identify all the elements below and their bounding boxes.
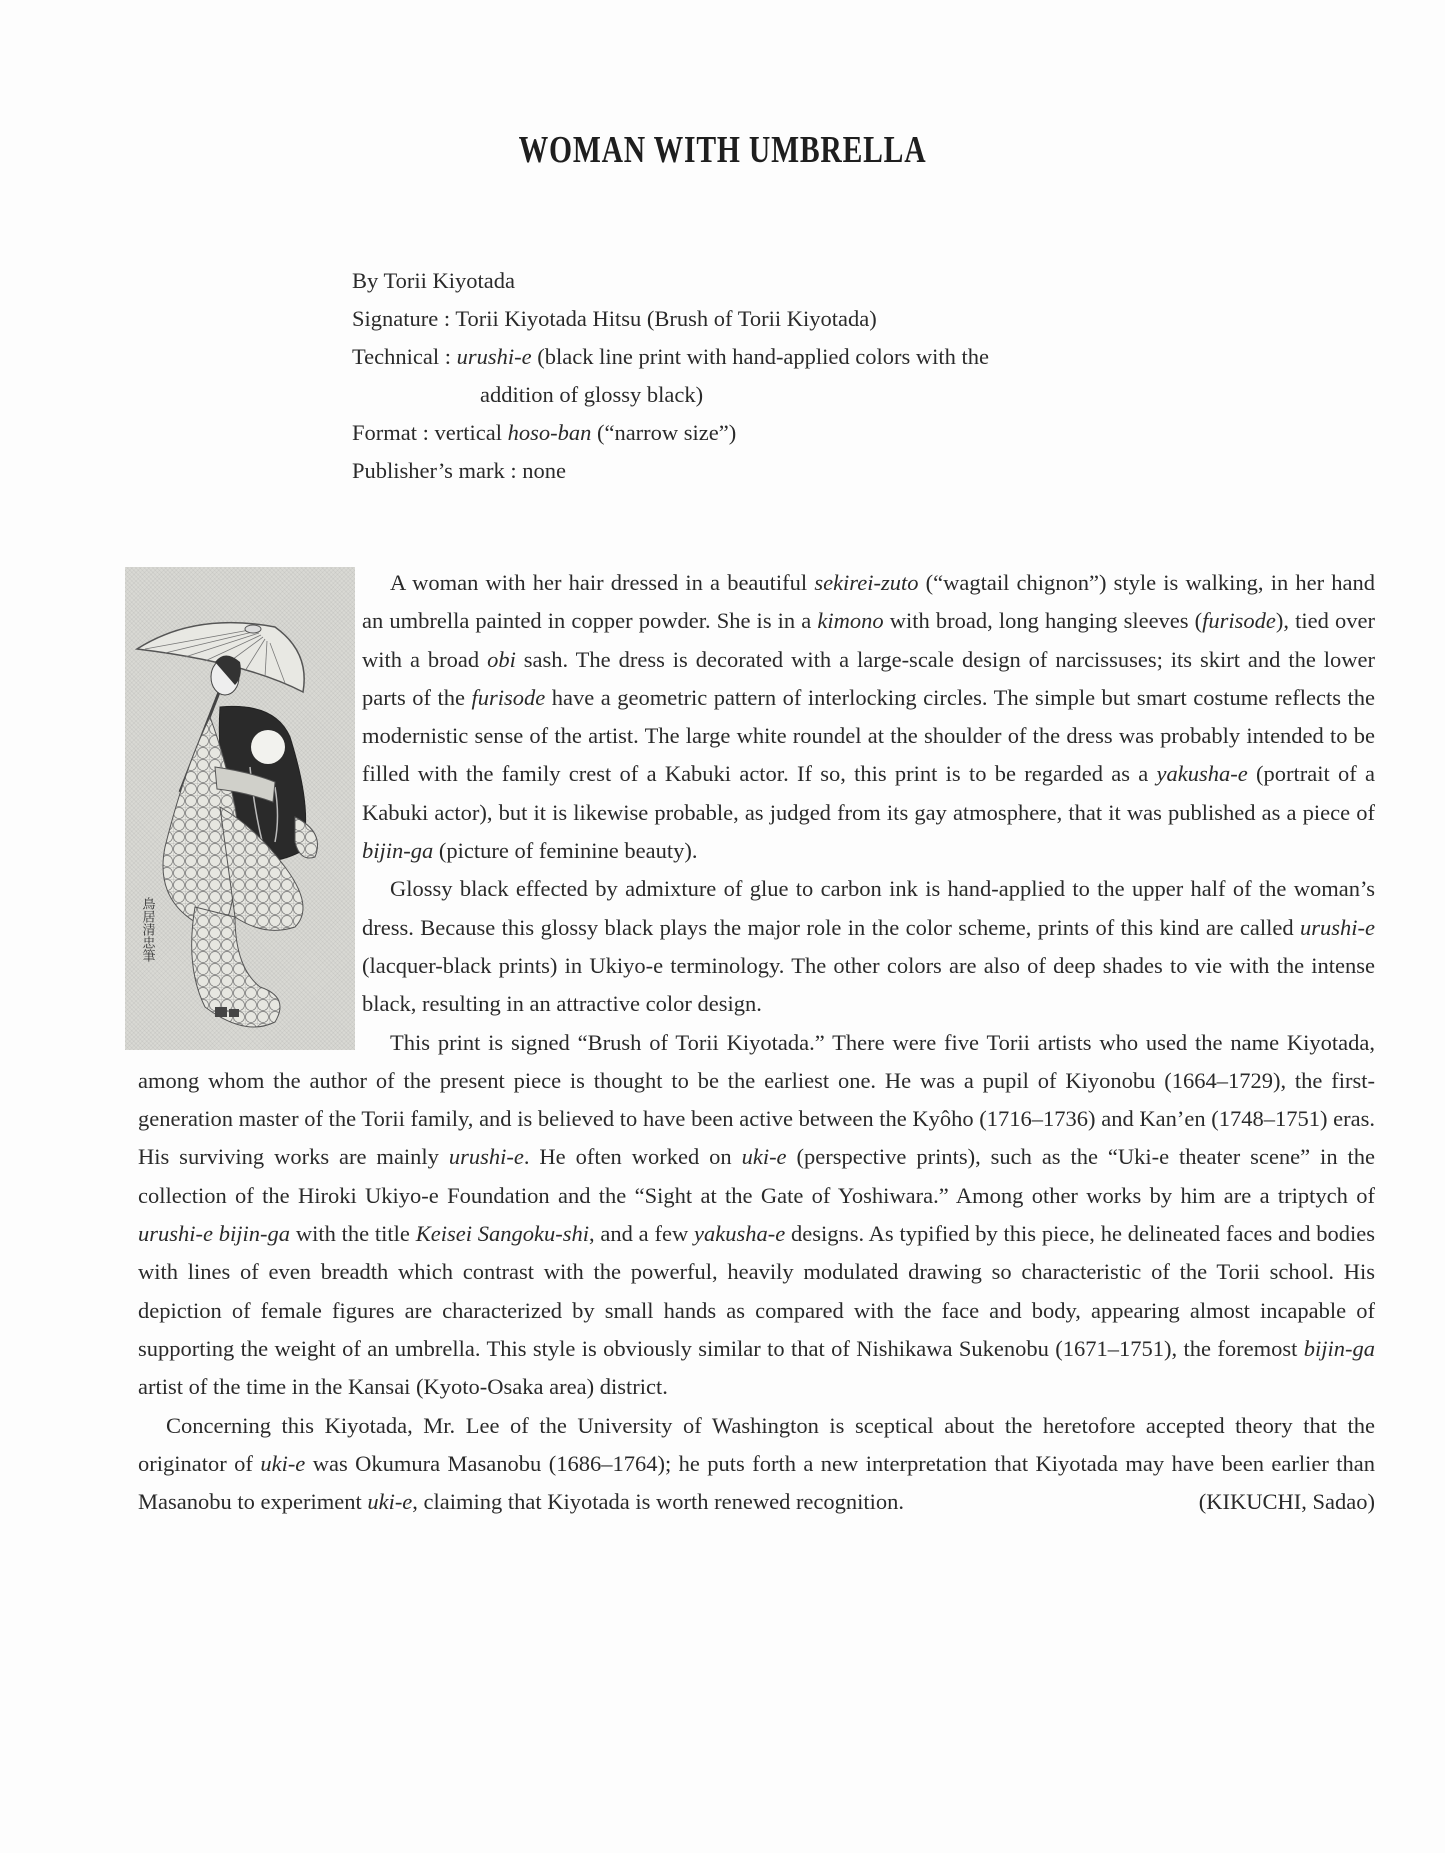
- term: kimono: [817, 608, 883, 633]
- text: . He often worked on: [524, 1144, 742, 1169]
- format-post: (“narrow size”): [597, 420, 736, 445]
- text: (picture of feminine beauty).: [433, 838, 697, 863]
- publisher-value: none: [522, 458, 566, 483]
- term: sekirei-zuto: [814, 570, 918, 595]
- print-metadata: By Torii Kiyotada Signature : Torii Kiyo…: [352, 262, 989, 490]
- text: (lacquer-black prints) in Ukiyo-e termin…: [362, 953, 1375, 1016]
- format-pre: vertical: [435, 420, 502, 445]
- term: uki-e: [367, 1489, 412, 1514]
- term: urushi-e bijin-ga: [138, 1221, 290, 1246]
- term: yakusha-e: [694, 1221, 785, 1246]
- format-term: hoso-ban: [508, 420, 592, 445]
- text: with the title: [290, 1221, 416, 1246]
- term: uki-e: [742, 1144, 787, 1169]
- article-body: A woman with her hair dressed in a beaut…: [138, 564, 1375, 1521]
- term: obi: [487, 647, 516, 672]
- term: bijin-ga: [1304, 1336, 1375, 1361]
- term: furisode: [471, 685, 545, 710]
- text: artist of the time in the Kansai (Kyoto-…: [138, 1374, 668, 1399]
- term: urushi-e: [449, 1144, 524, 1169]
- term: uki-e: [260, 1451, 305, 1476]
- format-label: Format :: [352, 420, 429, 445]
- technical-value: (black line print with hand-applied colo…: [537, 344, 989, 369]
- artist-line: By Torii Kiyotada: [352, 262, 989, 300]
- text: , and a few: [589, 1221, 694, 1246]
- image-wrap-spacer: [138, 564, 362, 1060]
- term: furisode: [1202, 608, 1276, 633]
- text: A woman with her hair dressed in a beaut…: [390, 570, 814, 595]
- term: urushi-e: [1300, 915, 1375, 940]
- term: bijin-ga: [362, 838, 433, 863]
- page-title: WOMAN WITH UMBRELLA: [159, 128, 1286, 172]
- signature-label: Signature :: [352, 306, 450, 331]
- text: , claiming that Kiyotada is worth renewe…: [412, 1489, 904, 1514]
- publisher-line: Publisher’s mark : none: [352, 452, 989, 490]
- technical-line: Technical : urushi-e (black line print w…: [352, 338, 989, 376]
- technical-label: Technical :: [352, 344, 451, 369]
- term: Keisei Sangoku-shi: [416, 1221, 589, 1246]
- signature-value: Torii Kiyotada Hitsu (Brush of Torii Kiy…: [455, 306, 876, 331]
- technical-term: urushi-e: [457, 344, 532, 369]
- technical-line-continued: addition of glossy black): [352, 376, 989, 414]
- signature-line: Signature : Torii Kiyotada Hitsu (Brush …: [352, 300, 989, 338]
- paragraph-3: This print is signed “Brush of Torii Kiy…: [138, 1024, 1375, 1407]
- publisher-label: Publisher’s mark :: [352, 458, 517, 483]
- term: yakusha-e: [1157, 761, 1248, 786]
- text: with broad, long hanging sleeves (: [884, 608, 1203, 633]
- format-line: Format : vertical hoso-ban (“narrow size…: [352, 414, 989, 452]
- text: Glossy black effected by admixture of gl…: [362, 876, 1375, 939]
